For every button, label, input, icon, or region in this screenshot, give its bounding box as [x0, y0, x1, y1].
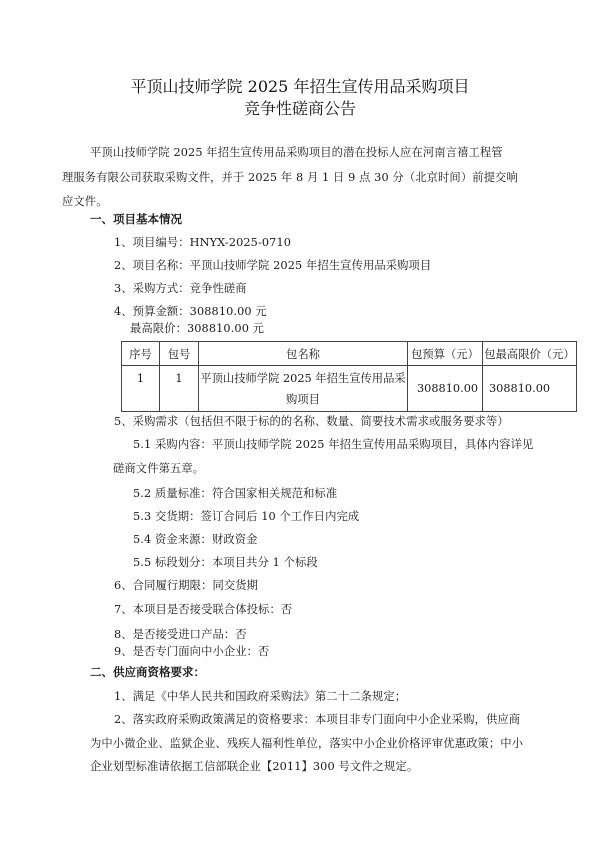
- qualification-2-line-1: 2、落实政府采购政策满足的资格要求：本项目非专门面向中小企业采购，供应商: [114, 711, 520, 727]
- funding-source: 5.4 资金来源：财政资金: [133, 531, 258, 547]
- header-pkg-max-price: 包最高限价（元）: [483, 342, 577, 366]
- package-table: 序号 包号 包名称 包预算（元） 包最高限价（元） 1 1 平顶山技师学院 20…: [121, 341, 577, 412]
- imported-products: 8、是否接受进口产品：否: [114, 626, 247, 642]
- project-number: 1、项目编号：HNYX-2025-0710: [114, 234, 291, 250]
- header-seq: 序号: [122, 342, 160, 366]
- contract-period: 6、合同履行期限：同交货期: [114, 577, 258, 593]
- qualification-2-line-2: 为中小微企业、监狱企业、残疾人福利性单位，落实中小企业价格评审优惠政策；中小: [90, 735, 523, 751]
- cell-pkg-name: 平顶山技师学院 2025 年招生宣传用品采 购项目: [199, 366, 408, 412]
- qualification-1: 1、满足《中华人民共和国政府采购法》第二十二条规定；: [114, 688, 406, 704]
- document-title: 平顶山技师学院 2025 年招生宣传用品采购项目: [0, 74, 600, 97]
- intro-line-3: 应文件。: [62, 193, 108, 209]
- document-subtitle: 竞争性磋商公告: [0, 96, 600, 119]
- quality-standard: 5.2 质量标准：符合国家相关规范和标准: [133, 485, 337, 501]
- sme-only: 9、是否专门面向中小企业：否: [114, 643, 269, 659]
- procurement-method: 3、采购方式：竞争性磋商: [114, 280, 247, 296]
- qualification-2-line-3: 企业划型标准请依据工信部联企业【2011】300 号文件之规定。: [90, 758, 418, 774]
- header-pkg-budget: 包预算（元）: [408, 342, 483, 366]
- cell-pkg-max-price: 308810.00: [483, 366, 577, 412]
- consortium-bid: 7、本项目是否接受联合体投标：否: [114, 601, 292, 617]
- max-price: 最高限价：308810.00 元: [130, 320, 264, 336]
- procurement-requirements: 5、采购需求（包括但不限于标的的名称、数量、简要技术需求或服务要求等）: [114, 413, 509, 429]
- budget-amount: 4、预算金额：308810.00 元: [114, 303, 267, 319]
- intro-line-1: 平顶山技师学院 2025 年招生宣传用品采购项目的潜在投标人应在河南言禧工程管: [90, 144, 503, 160]
- section-1-heading: 一、项目基本情况: [90, 211, 182, 227]
- table-row: 1 1 平顶山技师学院 2025 年招生宣传用品采 购项目 308810.00 …: [122, 366, 577, 412]
- lot-division: 5.5 标段划分：本项目共分 1 个标段: [133, 554, 318, 570]
- cell-pkg-no: 1: [160, 366, 199, 412]
- procurement-content-line-2: 磋商文件第五章。: [113, 460, 204, 476]
- pkg-name-line-2: 购项目: [199, 389, 407, 410]
- intro-line-2: 理服务有限公司获取采购文件，并于 2025 年 8 月 1 日 9 点 30 分…: [62, 169, 518, 185]
- procurement-content-line-1: 5.1 采购内容：平顶山技师学院 2025 年招生宣传用品采购项目，具体内容详见: [133, 436, 533, 452]
- cell-seq: 1: [122, 366, 160, 412]
- header-pkg-no: 包号: [160, 342, 199, 366]
- section-2-heading: 二、供应商资格要求：: [90, 664, 205, 680]
- header-pkg-name: 包名称: [199, 342, 408, 366]
- table-header-row: 序号 包号 包名称 包预算（元） 包最高限价（元）: [122, 342, 577, 366]
- cell-pkg-budget: 308810.00: [408, 366, 483, 412]
- pkg-name-line-1: 平顶山技师学院 2025 年招生宣传用品采: [199, 368, 407, 389]
- delivery-period: 5.3 交货期：签订合同后 10 个工作日内完成: [133, 508, 359, 524]
- project-name: 2、项目名称：平顶山技师学院 2025 年招生宣传用品采购项目: [114, 257, 431, 273]
